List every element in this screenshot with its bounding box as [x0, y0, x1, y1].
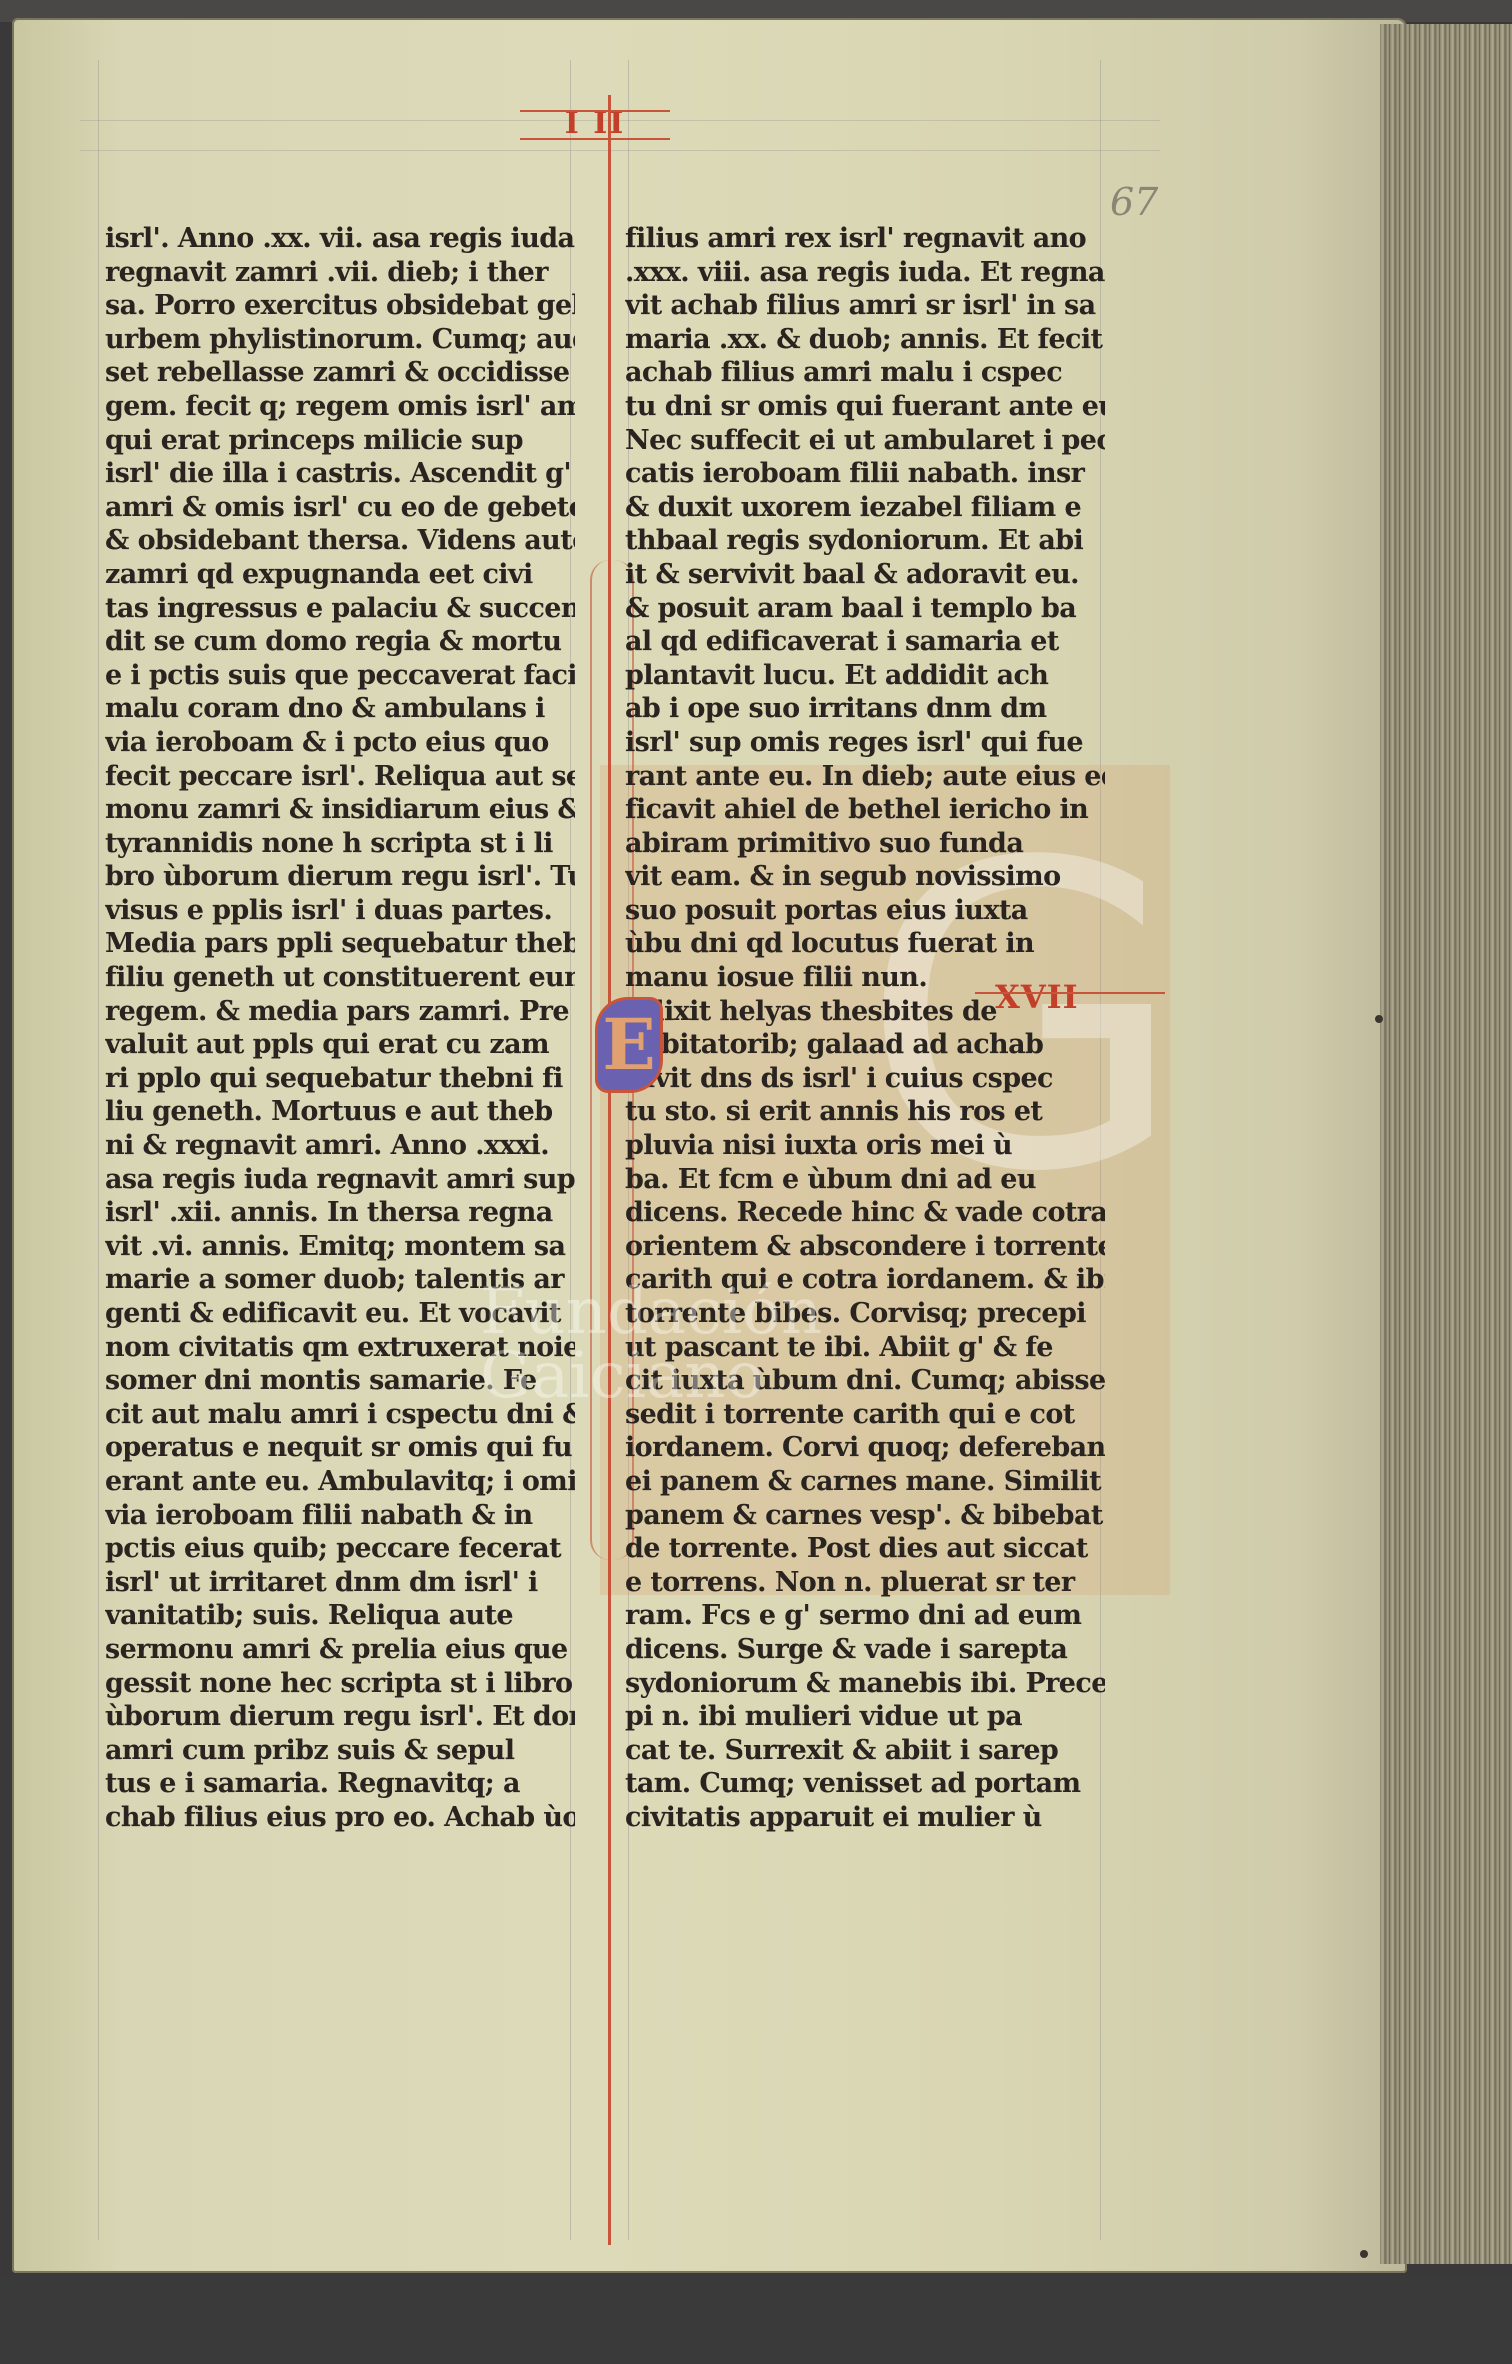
text-line: & obsidebant thersa. Videns aute [105, 524, 575, 558]
text-line: e i pctis suis que peccaverat facies [105, 659, 575, 693]
running-head: I II [520, 106, 670, 136]
bottom-background-strip [0, 2275, 1512, 2364]
text-line: suo posuit portas eius iuxta [625, 894, 1105, 928]
text-line: isrl' ut irritaret dnm dm isrl' i [105, 1566, 575, 1600]
text-line: sermonu amri & prelia eius que [105, 1633, 575, 1667]
text-line: operatus e nequit sr omis qui fu [105, 1431, 575, 1465]
watermark-text: Fundación Gaiciano [480, 1280, 822, 1408]
text-line: plantavit lucu. Et addidit ach [625, 659, 1105, 693]
page-edges-stack [1380, 24, 1512, 2264]
text-column-right: filius amri rex isrl' regnavit ano.xxx. … [625, 222, 1105, 1835]
text-line: panem & carnes vesp'. & bibebat [625, 1499, 1105, 1533]
text-line: erant ante eu. Ambulavitq; i omi [105, 1465, 575, 1499]
text-line: tu dni sr omis qui fuerant ante eu. [625, 390, 1105, 424]
chapter-number: XVII [995, 978, 1079, 1016]
text-line: ba. Et fcm e ùbum dni ad eu [625, 1163, 1105, 1197]
text-line: isrl'. Anno .xx. vii. asa regis iuda [105, 222, 575, 256]
text-line: dicens. Recede hinc & vade cotra [625, 1196, 1105, 1230]
running-head-bar [520, 138, 670, 140]
text-line: ram. Fcs e g' sermo dni ad eum [625, 1599, 1105, 1633]
chapter-marker: XVII [995, 978, 1079, 1016]
text-line: Media pars ppli sequebatur thebni [105, 927, 575, 961]
text-line: abiram primitivo suo funda [625, 827, 1105, 861]
text-line: visus e pplis isrl' i duas partes. [105, 894, 575, 928]
text-line: iordanem. Corvi quoq; deferebant [625, 1431, 1105, 1465]
text-line: via ieroboam & i pcto eius quo [105, 726, 575, 760]
text-line: it & servivit baal & adoravit eu. [625, 558, 1105, 592]
chapter-stroke [975, 992, 1165, 994]
text-line: ei panem & carnes mane. Similit [625, 1465, 1105, 1499]
text-line: ni & regnavit amri. Anno .xxxi. [105, 1129, 575, 1163]
text-line: urbem phylistinorum. Cumq; audis [105, 323, 575, 357]
text-line: malu coram dno & ambulans i [105, 692, 575, 726]
text-line: monu zamri & insidiarum eius & [105, 793, 575, 827]
text-line: civitatis apparuit ei mulier ù [625, 1801, 1105, 1835]
text-line: gessit none hec scripta st i libro [105, 1667, 575, 1701]
text-line: ab i ope suo irritans dnm dm [625, 692, 1105, 726]
text-line: vit eam. & in segub novissimo [625, 860, 1105, 894]
running-head-bar [520, 110, 670, 112]
text-line: regem. & media pars zamri. Pre [105, 995, 575, 1029]
text-line: ùbu dni qd locutus fuerat in [625, 927, 1105, 961]
ruling-line [98, 60, 99, 2240]
text-line: chab filius eius pro eo. Achab ùo [105, 1801, 575, 1835]
text-line: tus e i samaria. Regnavitq; a [105, 1767, 575, 1801]
text-line: vanitatib; suis. Reliqua aute [105, 1599, 575, 1633]
decorated-initial: E [598, 1000, 660, 1090]
text-line: isrl' die illa i castris. Ascendit g' [105, 457, 575, 491]
text-line: achab filius amri malu i cspec [625, 356, 1105, 390]
text-line: amri & omis isrl' cu eo de gebetom [105, 491, 575, 525]
text-line: orientem & abscondere i torrente [625, 1230, 1105, 1264]
text-line: thbaal regis sydoniorum. Et abi [625, 524, 1105, 558]
text-line: tu sto. si erit annis his ros et [625, 1095, 1105, 1129]
text-line: e torrens. Non n. pluerat sr ter [625, 1566, 1105, 1600]
text-line: vit .vi. annis. Emitq; montem sa [105, 1230, 575, 1264]
text-line: gem. fecit q; regem omis isrl' amri [105, 390, 575, 424]
text-line: tas ingressus e palaciu & succen [105, 592, 575, 626]
ink-spot [1360, 2250, 1368, 2258]
text-line: tam. Cumq; venisset ad portam [625, 1767, 1105, 1801]
ink-spot [1375, 1015, 1383, 1023]
text-line: via ieroboam filii nabath & in [105, 1499, 575, 1533]
text-line: pluvia nisi iuxta oris mei ù [625, 1129, 1105, 1163]
watermark-line: Gaiciano [480, 1344, 822, 1408]
text-line: pi n. ibi mulieri vidue ut pa [625, 1700, 1105, 1734]
text-line: Nec suffecit ei ut ambularet i pec [625, 424, 1105, 458]
text-line: isrl' sup omis reges isrl' qui fue [625, 726, 1105, 760]
text-line: de torrente. Post dies aut siccat [625, 1532, 1105, 1566]
watermark-line: Fundación [480, 1280, 822, 1344]
text-line: ùborum dierum regu isrl'. Et dormivit [105, 1700, 575, 1734]
text-line: & duxit uxorem iezabel filiam e [625, 491, 1105, 525]
text-line: rant ante eu. In dieb; aute eius edi [625, 760, 1105, 794]
text-line: cat te. Surrexit & abiit i sarep [625, 1734, 1105, 1768]
text-line: catis ieroboam filii nabath. insr [625, 457, 1105, 491]
text-line: regnavit zamri .vii. dieb; i ther [105, 256, 575, 290]
text-line: filiu geneth ut constituerent eum [105, 961, 575, 995]
text-line: ficavit ahiel de bethel iericho in [625, 793, 1105, 827]
text-line: maria .xx. & duob; annis. Et fecit [625, 323, 1105, 357]
text-line: tyrannidis none h scripta st i li [105, 827, 575, 861]
text-line: Vivit dns ds isrl' i cuius cspec [625, 1062, 1105, 1096]
text-line: valuit aut ppls qui erat cu zam [105, 1028, 575, 1062]
text-line: dicens. Surge & vade i sarepta [625, 1633, 1105, 1667]
text-line: ri pplo qui sequebatur thebni fi [105, 1062, 575, 1096]
text-line: vit achab filius amri sr isrl' in sa [625, 289, 1105, 323]
text-line: fecit peccare isrl'. Reliqua aut ser [105, 760, 575, 794]
text-line: al qd edificaverat i samaria et [625, 625, 1105, 659]
text-line: habitatorib; galaad ad achab [625, 1028, 1105, 1062]
text-line: .xxx. viii. asa regis iuda. Et regna [625, 256, 1105, 290]
text-line: zamri qd expugnanda eet civi [105, 558, 575, 592]
ruling-line [80, 150, 1160, 151]
text-line: qui erat princeps milicie sup [105, 424, 575, 458]
text-line: set rebellasse zamri & occidisse re [105, 356, 575, 390]
text-line: isrl' .xii. annis. In thersa regna [105, 1196, 575, 1230]
text-line: bro ùborum dierum regu isrl'. Tunc di [105, 860, 575, 894]
text-line: filius amri rex isrl' regnavit ano [625, 222, 1105, 256]
text-line: dit se cum domo regia & mortu [105, 625, 575, 659]
text-line: liu geneth. Mortuus e aut theb [105, 1095, 575, 1129]
text-line: amri cum pribz suis & sepul [105, 1734, 575, 1768]
text-line: sa. Porro exercitus obsidebat gebetho [105, 289, 575, 323]
text-line: & posuit aram baal i templo ba [625, 592, 1105, 626]
text-column-left: isrl'. Anno .xx. vii. asa regis iudaregn… [105, 222, 575, 1835]
folio-number: 67 [1110, 180, 1158, 224]
text-line: sydoniorum & manebis ibi. Prece [625, 1667, 1105, 1701]
text-line: pctis eius quib; peccare fecerat [105, 1532, 575, 1566]
text-line: asa regis iuda regnavit amri sup [105, 1163, 575, 1197]
